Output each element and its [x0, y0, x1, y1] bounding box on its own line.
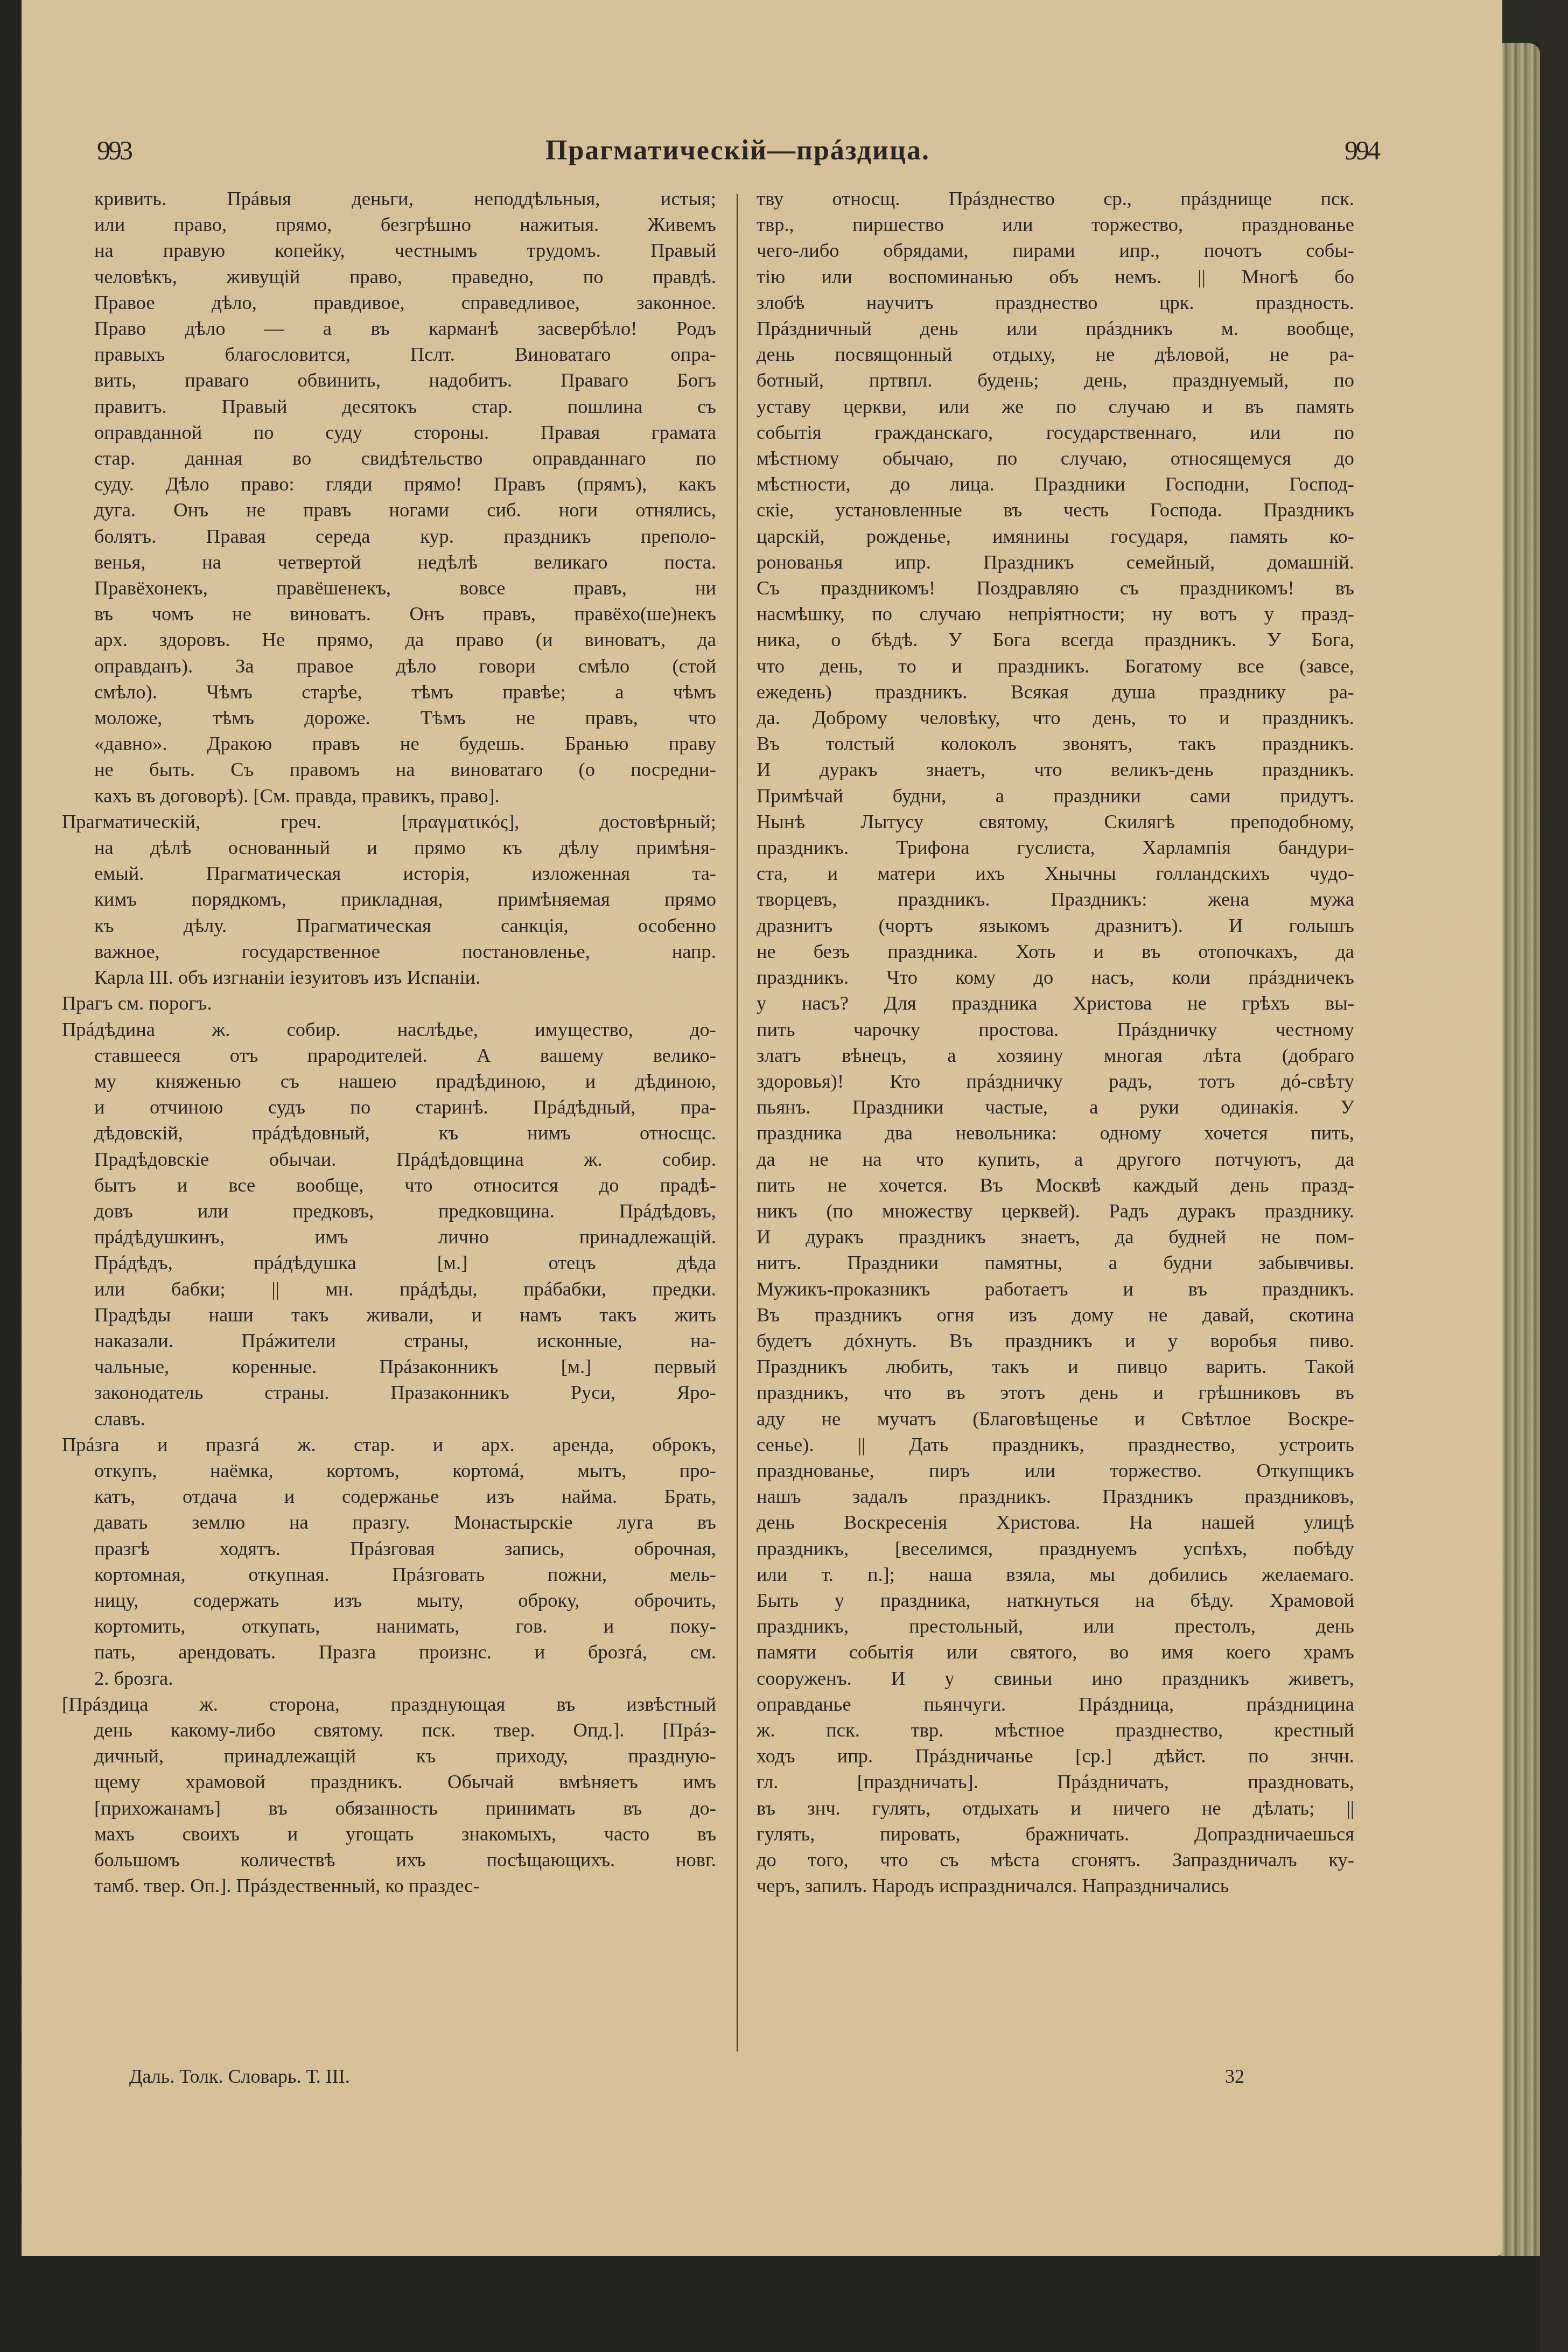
text-line: человѣкъ, живущій право, праведно, по пр… [94, 264, 716, 290]
dictionary-page: 993 Прагматическій—прáздица. 994 кривить… [22, 0, 1502, 2256]
text-line: празгѣ ходятъ. Прáзговая запись, оброчна… [94, 1536, 716, 1562]
text-line: на правую копейку, честнымъ трудомъ. Пра… [94, 237, 716, 263]
text-line: аду не мучатъ (Благовѣщенье и Свѣтлое Во… [757, 1406, 1354, 1432]
text-line: праздникъ, престольный, или престолъ, де… [757, 1613, 1354, 1639]
text-line: гулять, пировать, бражничать. Допразднич… [757, 1821, 1354, 1847]
text-line: [прихожанамъ] въ обязанность принимать в… [94, 1795, 716, 1821]
text-line: ницу, содержать изъ мыту, оброку, оброчи… [94, 1587, 716, 1613]
text-line: Праздникъ любить, такъ и пивцо варить. Т… [757, 1354, 1354, 1380]
text-line: нитъ. Праздники памятны, а будни забывчи… [757, 1250, 1354, 1276]
text-line: Правёхонекъ, правёшенекъ, вовсе правъ, н… [94, 575, 716, 601]
text-line: дичный, принадлежащій къ приходу, праздн… [94, 1743, 716, 1769]
text-line: да. Доброму человѣку, что день, то и пра… [757, 705, 1354, 731]
text-line: Мужикъ-проказникъ работаетъ и въ праздни… [757, 1276, 1354, 1302]
text-line: черъ, запилъ. Народъ испраздничался. Нап… [757, 1873, 1354, 1899]
text-line: сооруженъ. И у свиньи ино праздникъ живе… [757, 1665, 1354, 1691]
text-line: праздникъ, [веселимся, празднуемъ успѣхъ… [757, 1536, 1354, 1562]
text-line: дѣдовскій, прáдѣдовный, къ нимъ относщс. [94, 1120, 716, 1146]
column-divider [737, 194, 738, 2052]
page-number-right: 994 [1345, 135, 1378, 166]
text-line: Прагматическій, греч. [πραγματικός], дос… [62, 809, 716, 835]
text-line: праздника два невольника: одному хочется… [757, 1120, 1354, 1146]
text-line: Въ праздникъ огня изъ дому не давай, ско… [757, 1302, 1354, 1328]
text-line: никъ (по множеству церквей). Радъ дуракъ… [757, 1198, 1354, 1224]
text-line: ставшееся отъ прародителей. А вашему вел… [94, 1042, 716, 1068]
text-line: мѣстному обычаю, по случаю, относящемуся… [757, 445, 1354, 471]
text-line: Съ праздникомъ! Поздравляю съ праздником… [757, 575, 1354, 601]
text-line: день Воскресенія Христова. На нашей улиц… [757, 1509, 1354, 1535]
text-line: кривить. Прáвыя деньги, неподдѣльныя, ис… [94, 186, 716, 212]
text-line: оправданной по суду стороны. Правая грам… [94, 419, 716, 445]
text-line: скіе, установленные въ честь Господа. Пр… [757, 497, 1354, 523]
text-line: и отчиною судъ по старинѣ. Прáдѣдный, пр… [94, 1094, 716, 1120]
text-line: гл. [праздничать]. Прáздничать, празднов… [757, 1769, 1354, 1795]
text-line: праздникъ. Что кому до насъ, коли прáздн… [757, 964, 1354, 990]
text-line: здоровья)! Кто прáздничку радъ, тотъ дó-… [757, 1068, 1354, 1094]
text-line: дразнитъ (чортъ языкомъ дразнитъ). И гол… [757, 913, 1354, 939]
text-line: или бабки; || мн. прáдѣды, прáбабки, пре… [94, 1276, 716, 1302]
text-line: день какому-либо святому. пск. твер. Опд… [94, 1717, 716, 1743]
text-line: махъ своихъ и угощать знакомыхъ, часто в… [94, 1821, 716, 1847]
text-line: чальные, коренные. Прáзаконникъ [м.] пер… [94, 1354, 716, 1380]
text-line: И дуракъ знаетъ, что великъ-день праздни… [757, 757, 1354, 782]
text-line: тву относщ. Прáзднество ср., прáзднище п… [757, 186, 1354, 212]
text-line: Правое дѣло, правдивое, справедливое, за… [94, 290, 716, 316]
text-line: довъ или предковъ, предковщина. Прáдѣдов… [94, 1198, 716, 1224]
book-cover-right [1540, 0, 1568, 2352]
text-line: Карла III. объ изгнаніи іезуитовъ изъ Ис… [94, 964, 716, 990]
text-line: венья, на четвертой недѣлѣ великаго пост… [94, 549, 716, 575]
text-line: оправданъ). За правое дѣло говори смѣло … [94, 653, 716, 679]
text-line: вить, праваго обвинить, надобитъ. Праваг… [94, 367, 716, 393]
text-line: пьянъ. Праздники частые, а руки одинакія… [757, 1094, 1354, 1120]
text-line: Быть у праздника, наткнуться на бѣду. Хр… [757, 1587, 1354, 1613]
text-line: событія гражданскаго, государственнаго, … [757, 419, 1354, 445]
right-column: тву относщ. Прáзднество ср., прáзднище п… [757, 186, 1354, 1899]
text-line: ника, о бѣдѣ. У Бога всегда праздникъ. У… [757, 627, 1354, 653]
text-line: И дуракъ праздникъ знаетъ, да будней не … [757, 1224, 1354, 1250]
text-line: къ дѣлу. Прагматическая санкція, особенн… [94, 913, 716, 939]
text-line: дуга. Онъ не правъ ногами сиб. ноги отня… [94, 497, 716, 523]
text-line: Примѣчай будни, а праздники сами придутъ… [757, 783, 1354, 809]
text-line: славъ. [94, 1406, 716, 1432]
text-line: сенье). || Дать праздникъ, празднество, … [757, 1432, 1354, 1458]
text-line: кортомить, откупать, нанимать, гов. и по… [94, 1613, 716, 1639]
text-line: пать, арендовать. Празга произнс. и броз… [94, 1639, 716, 1665]
text-line: ежедень) праздникъ. Всякая душа праздник… [757, 679, 1354, 705]
text-line: «давно». Дракою правъ не будешь. Бранью … [94, 731, 716, 757]
text-line: ходъ ипр. Прáздничанье [ср.] дѣйст. по з… [757, 1743, 1354, 1769]
text-line: Нынѣ Лытусу святому, Скилягѣ преподобном… [757, 809, 1354, 835]
text-line: емый. Прагматическая исторія, изложенная… [94, 860, 716, 886]
text-line: моложе, тѣмъ дороже. Тѣмъ не правъ, что [94, 705, 716, 731]
text-line: или т. п.]; наша взяла, мы добились жела… [757, 1562, 1354, 1587]
text-line: тамб. твер. Оп.]. Прáздественный, ко пра… [94, 1873, 716, 1899]
text-line: кимъ порядкомъ, прикладная, примѣняемая … [94, 886, 716, 912]
text-line: памяти событія или святого, во имя коего… [757, 1639, 1354, 1665]
running-header: 993 Прагматическій—прáздица. 994 [97, 124, 1378, 172]
text-line: катъ, отдача и содержанье изъ найма. Бра… [94, 1483, 716, 1509]
text-line: нашъ задалъ праздникъ. Праздникъ праздни… [757, 1483, 1354, 1509]
text-line: кортомная, откупная. Прáзговать пожни, м… [94, 1562, 716, 1587]
text-line: кахъ въ договорѣ). [См. правда, правикъ,… [94, 783, 716, 809]
text-line: пить не хочется. Въ Москвѣ каждый день п… [757, 1172, 1354, 1198]
text-line: твр., пиршество или торжество, празднова… [757, 212, 1354, 237]
text-line: Прагъ см. порогъ. [62, 990, 716, 1016]
text-line: большомъ количествѣ ихъ посѣщающихъ. нов… [94, 1847, 716, 1873]
footer-sheet-number: 32 [1225, 2065, 1244, 2088]
text-line: оправданье пьянчуги. Прáздница, прáздниц… [757, 1691, 1354, 1717]
text-line: ж. пск. твр. мѣстное празднество, крестн… [757, 1717, 1354, 1743]
text-line: правитъ. Правый десятокъ стар. пошлина с… [94, 394, 716, 419]
text-line: щему храмовой праздникъ. Обычай вмѣняетъ… [94, 1769, 716, 1795]
text-line: да не на что купить, а другого потчуютъ,… [757, 1146, 1354, 1172]
text-line: стар. данная во свидѣтельство оправданна… [94, 445, 716, 471]
text-line: въ чомъ не виноватъ. Онъ правъ, правёхо(… [94, 601, 716, 627]
text-line: златъ вѣнецъ, а хозяину многая лѣта (доб… [757, 1042, 1354, 1068]
text-line: Прадѣды наши такъ живали, и намъ такъ жи… [94, 1302, 716, 1328]
text-line: ста, и матери ихъ Хнычны голландскихъ чу… [757, 860, 1354, 886]
text-line: откупъ, наёмка, кортомъ, кортомá, мытъ, … [94, 1458, 716, 1483]
footer-signature: Даль. Толк. Словарь. Т. III. [129, 2065, 350, 2088]
text-line: праздникъ. Трифона гуслиста, Харлампія б… [757, 835, 1354, 860]
text-line: до того, что съ мѣста сгонятъ. Запраздни… [757, 1847, 1354, 1873]
text-line: царскій, рожденье, имянины государя, пам… [757, 523, 1354, 549]
text-line: насмѣшку, по случаю непріятности; ну вот… [757, 601, 1354, 627]
text-line: тію или воспоминанью объ немъ. || Многѣ … [757, 264, 1354, 290]
text-line: мѣстности, до лица. Праздники Господни, … [757, 471, 1354, 497]
text-line: въ знч. гулять, отдыхать и ничего не дѣл… [757, 1795, 1354, 1821]
text-line: уставу церкви, или же по случаю и въ пам… [757, 394, 1354, 419]
text-line: давать землю на празгу. Монастырскіе луг… [94, 1509, 716, 1535]
text-line: ронованья ипр. Праздникъ семейный, домаш… [757, 549, 1354, 575]
text-line: Прáдѣдъ, прáдѣдушка [м.] отецъ дѣда [94, 1250, 716, 1276]
text-line: или право, прямо, безгрѣшно нажитыя. Жив… [94, 212, 716, 237]
text-line: законодатель страны. Празаконникъ Руси, … [94, 1380, 716, 1405]
text-line: 2. брозга. [94, 1665, 716, 1691]
text-line: [Прáздица ж. сторона, празднующая въ изв… [62, 1691, 716, 1717]
text-line: Право дѣло — а въ карманѣ засвербѣло! Ро… [94, 316, 716, 341]
text-line: смѣло). Чѣмъ старѣе, тѣмъ правѣе; а чѣмъ [94, 679, 716, 705]
text-line: у насъ? Для праздника Христова не грѣхъ … [757, 990, 1354, 1016]
left-column: кривить. Прáвыя деньги, неподдѣльныя, ис… [94, 186, 716, 1899]
text-line: пить чарочку простова. Прáздничку честно… [757, 1017, 1354, 1042]
text-line: будетъ дóхнуть. Въ праздникъ и у воробья… [757, 1328, 1354, 1354]
text-line: ботный, пртвпл. будень; день, празднуемы… [757, 367, 1354, 393]
text-line: творцевъ, праздникъ. Праздникъ: жена муж… [757, 886, 1354, 912]
text-line: на дѣлѣ основанный и прямо къ дѣлу примѣ… [94, 835, 716, 860]
text-line: прáдѣдушкинъ, имъ лично принадлежащій. [94, 1224, 716, 1250]
text-line: Прáдѣдина ж. собир. наслѣдье, имущество,… [62, 1017, 716, 1042]
text-line: Прáздничный день или прáздникъ м. вообще… [757, 316, 1354, 341]
text-line: злобѣ научитъ празднество црк. праздност… [757, 290, 1354, 316]
text-line: важное, государственное постановленье, н… [94, 939, 716, 964]
text-line: Прадѣдовскіе обычаи. Прáдѣдовщина ж. соб… [94, 1146, 716, 1172]
text-line: му княженью съ нашею прадѣдиною, и дѣдин… [94, 1068, 716, 1094]
text-line: день посвящонный отдыху, не дѣловой, не … [757, 341, 1354, 367]
text-line: не безъ праздника. Хоть и въ отопочкахъ,… [757, 939, 1354, 964]
text-line: болятъ. Правая середа кур. праздникъ пре… [94, 523, 716, 549]
text-line: чего-либо обрядами, пирами ипр., почотъ … [757, 237, 1354, 263]
page-edges [1500, 43, 1540, 2256]
text-line: праздникъ, что въ этотъ день и грѣшников… [757, 1380, 1354, 1405]
text-line: наказали. Прáжители страны, исконные, на… [94, 1328, 716, 1354]
text-line: не быть. Съ правомъ на виноватаго (о пос… [94, 757, 716, 782]
text-line: правыхъ благословится, Пслт. Виноватаго … [94, 341, 716, 367]
text-line: Въ толстый колоколъ звонятъ, такъ праздн… [757, 731, 1354, 757]
text-line: празднованье, пиръ или торжество. Откупщ… [757, 1458, 1354, 1483]
text-line: Прáзга и празгá ж. стар. и арх. аренда, … [62, 1432, 716, 1458]
text-line: арх. здоровъ. Не прямо, да право (и вино… [94, 627, 716, 653]
text-line: бытъ и все вообще, что относится до прад… [94, 1172, 716, 1198]
text-line: что день, то и праздникъ. Богатому все (… [757, 653, 1354, 679]
running-title: Прагматическій—прáздица. [97, 135, 1378, 166]
text-line: суду. Дѣло право: гляди прямо! Правъ (пр… [94, 471, 716, 497]
